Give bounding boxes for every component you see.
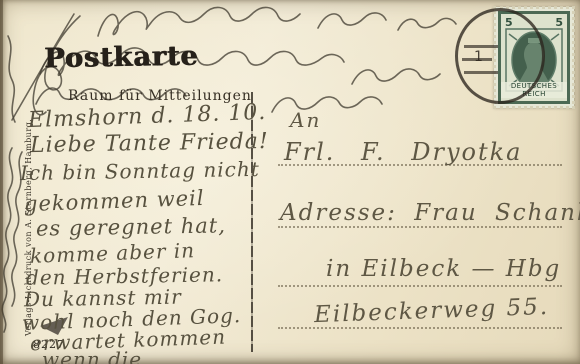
address-to: An xyxy=(290,108,321,132)
address-line: Adresse: Frau Schanl xyxy=(280,200,580,226)
postmark-digit: 1 xyxy=(474,49,483,65)
message-line: es geregnet hat, xyxy=(36,213,226,240)
postcard-title: Postkarte xyxy=(44,41,199,75)
message-line: wenn die xyxy=(42,347,142,364)
address-line: Frl. F. Dryotka xyxy=(284,138,522,166)
pencil-margin-scrawl xyxy=(8,36,15,122)
postmark: 1 xyxy=(455,8,545,104)
pencil-margin-scrawl xyxy=(2,148,12,332)
address-dotted-line xyxy=(278,285,562,287)
pencil-scribble xyxy=(98,7,300,36)
pencil-scribble xyxy=(318,13,456,30)
message-line: Ich bin Sonntag nicht xyxy=(20,157,260,185)
postmark-bar xyxy=(464,71,498,74)
pencil-scribble xyxy=(352,69,440,84)
postmark-bar xyxy=(464,45,498,48)
address-dotted-line xyxy=(278,226,562,228)
message-line: Liebe Tante Frieda! xyxy=(30,129,269,158)
address-line: in Eilbeck — Hbg xyxy=(326,256,561,282)
pencil-scribble xyxy=(272,97,382,112)
postcard-back: Postkarte Raum für Mitteilungen Verlags-… xyxy=(0,0,580,364)
card-edge-shadow xyxy=(0,0,3,364)
